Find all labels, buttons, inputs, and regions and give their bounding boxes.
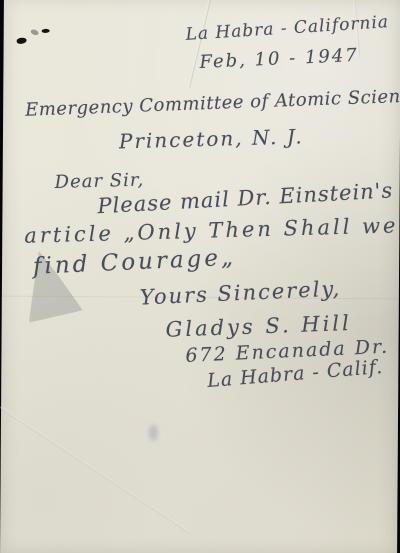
letter-paper: La Habra - California Feb, 10 - 1947 Eme… [0,0,400,553]
faint-smudge [149,425,158,441]
recipient-organization: Emergency Committee of Atomic Scientists [25,85,400,121]
paper-crease-bottom-left [0,400,191,533]
recipient-city: Princeton, N. J. [119,124,304,153]
body-line-2: article „Only Then Shall we [24,213,399,247]
ink-mark [16,37,27,45]
salutation: Dear Sir, [54,169,144,192]
closing: Yours Sincerely, [139,276,341,309]
signature: Gladys S. Hill [165,311,352,342]
dateline-place: La Habra - California [185,12,390,45]
body-line-3: find Courage„ [32,245,236,280]
photo-background: La Habra - California Feb, 10 - 1947 Eme… [0,0,400,553]
ink-mark [42,29,50,33]
ink-mark [30,29,39,36]
dateline-date: Feb, 10 - 1947 [199,45,359,73]
